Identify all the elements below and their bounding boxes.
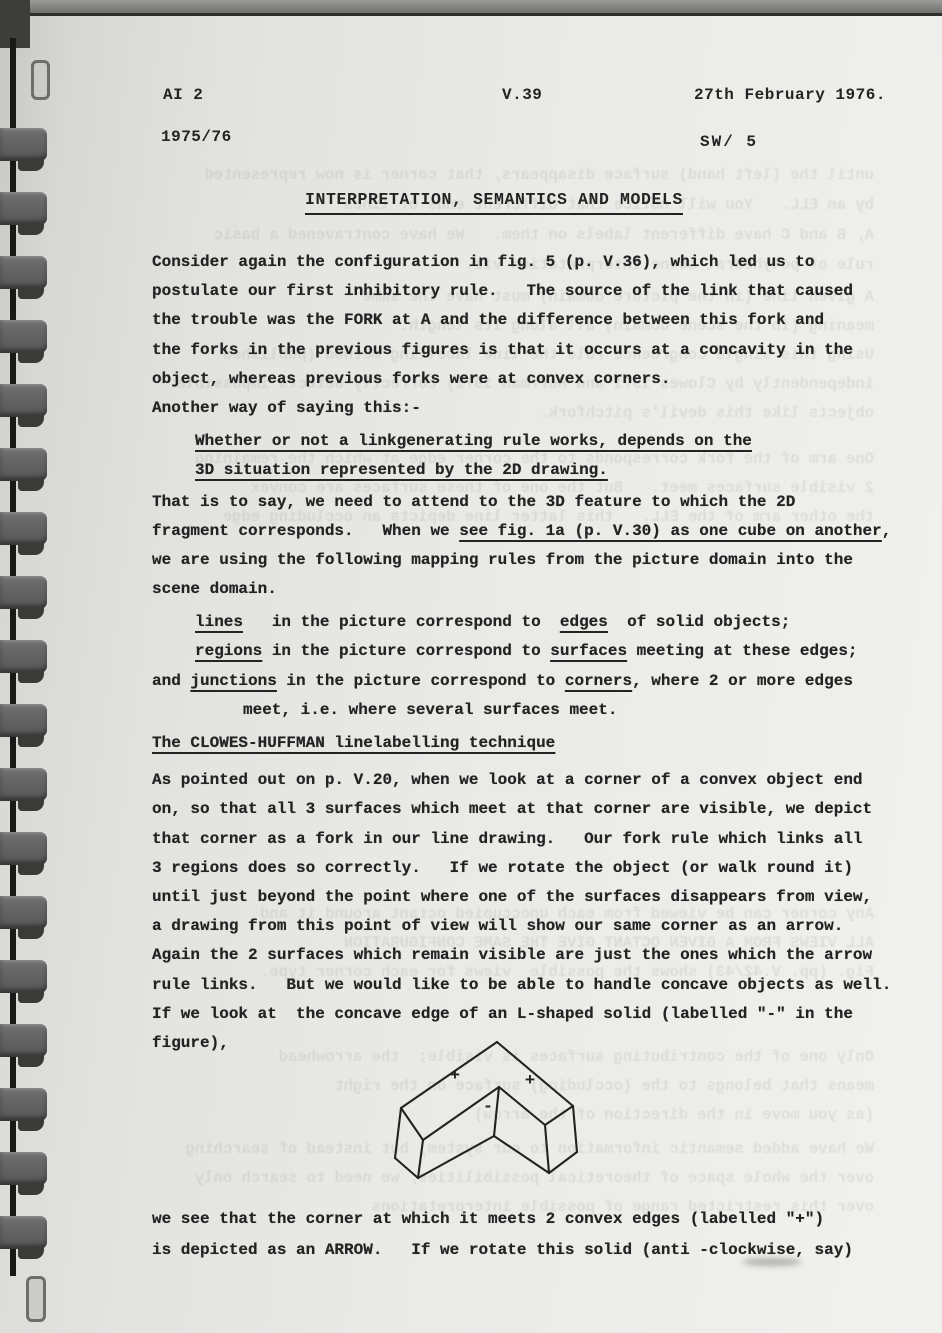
text: in the picture correspond to [277, 672, 565, 690]
binding-hole-top [31, 60, 50, 100]
page-top-edge [0, 0, 942, 16]
footer-text: we see that the corner at which it meets… [152, 1204, 912, 1266]
text: fragment corresponds. When we [152, 522, 459, 540]
figure-edge-label: + [450, 1067, 460, 1086]
binding-tooth [0, 768, 47, 801]
l-shaped-solid-figure: ++- [388, 1033, 594, 1185]
binding-tooth [0, 512, 47, 545]
text-line: the forks in the previous figures is tha… [152, 336, 912, 365]
figure-edge-label: + [525, 1072, 535, 1091]
binding-tooth [0, 896, 47, 929]
text-line: Whether or not a linkgenerating rule wor… [152, 427, 912, 456]
text: in the picture correspond to [243, 613, 560, 631]
text: of solid objects; [608, 613, 790, 631]
binding-tooth [0, 1088, 47, 1121]
underlined-text: Whether or not a linkgenerating rule wor… [195, 432, 752, 450]
binding-tooth [0, 1024, 47, 1057]
binding-tooth [0, 384, 47, 417]
binding-hole-bottom [26, 1276, 46, 1322]
figure-edge [545, 1106, 573, 1125]
text-line: That is to say, we need to attend to the… [152, 488, 912, 517]
text-line: lines in the picture correspond to edges… [152, 608, 912, 637]
text-line: and junctions in the picture correspond … [152, 667, 912, 696]
binding-tooth [0, 128, 47, 161]
text: we are using the following mapping rules… [152, 551, 853, 569]
page-number: V.39 [502, 86, 542, 104]
binding-tooth [0, 832, 47, 865]
figure-edge [418, 1136, 494, 1178]
academic-year: 1975/76 [161, 128, 232, 146]
body-text: Consider again the configuration in fig.… [152, 248, 912, 1058]
text: in the picture correspond to [262, 642, 550, 660]
text: scene domain. [152, 580, 277, 598]
text: If we look at the concave edge of an L-s… [152, 1005, 853, 1023]
bleed-through-text: A, B and C have different labels on them… [150, 226, 874, 244]
figure-edge [395, 1108, 401, 1158]
text-line: the trouble was the FORK at A and the di… [152, 306, 912, 335]
figure-edge [401, 1108, 423, 1140]
text-line: rule links. But we would like to be able… [152, 971, 912, 1000]
scanned-page: until the (left hand) surface disappears… [0, 0, 942, 1333]
text: Consider again the configuration in fig.… [152, 253, 815, 271]
scan-smudge [742, 1258, 802, 1266]
binding-tooth [0, 1216, 47, 1249]
figure-edge [573, 1106, 577, 1152]
text-line: 3 regions does so correctly. If we rotat… [152, 854, 912, 883]
text-line: fragment corresponds. When we see fig. 1… [152, 517, 912, 546]
text: , [882, 522, 892, 540]
author-ref: SW/ 5 [700, 133, 758, 151]
text: , where 2 or more edges [632, 672, 853, 690]
text: That is to say, we need to attend to the… [152, 493, 795, 511]
underlined-text: The CLOWES-HUFFMAN linelabelling techniq… [152, 734, 555, 752]
text: that corner as a fork in our line drawin… [152, 830, 863, 848]
text-line: If we look at the concave edge of an L-s… [152, 1000, 912, 1029]
text: the trouble was the FORK at A and the di… [152, 311, 824, 329]
binding-tooth [0, 704, 47, 737]
binding-tooth [0, 960, 47, 993]
text: meeting at these edges; [627, 642, 857, 660]
figure-edge [494, 1087, 499, 1136]
binding-tooth [0, 448, 47, 481]
binding-tooth [0, 1152, 47, 1185]
page-title: INTERPRETATION, SEMANTICS AND MODELS [305, 190, 683, 215]
figure-edge [418, 1140, 423, 1178]
text: As pointed out on p. V.20, when we look … [152, 771, 863, 789]
underlined-text: 3D situation represented by the 2D drawi… [195, 461, 608, 479]
text: figure), [152, 1034, 229, 1052]
underlined-text: surfaces [550, 642, 627, 660]
text-line: postulate our first inhibitory rule. The… [152, 277, 912, 306]
text: postulate our first inhibitory rule. The… [152, 282, 853, 300]
binding-tooth [0, 576, 47, 609]
text: Another way of saying this:- [152, 399, 421, 417]
underlined-text: junctions [190, 672, 276, 690]
text-line: As pointed out on p. V.20, when we look … [152, 766, 912, 795]
text-line: on, so that all 3 surfaces which meet at… [152, 795, 912, 824]
text-line: object, whereas previous forks were at c… [152, 365, 912, 394]
text-line: scene domain. [152, 575, 912, 604]
text-line: we see that the corner at which it meets… [152, 1204, 912, 1235]
text-line: Another way of saying this:- [152, 394, 912, 423]
text-line: The CLOWES-HUFFMAN linelabelling techniq… [152, 729, 912, 758]
text-line: we are using the following mapping rules… [152, 546, 912, 575]
text: the forks in the previous figures is tha… [152, 341, 853, 359]
text-line: meet, i.e. where several surfaces meet. [152, 696, 912, 725]
underlined-text: corners [565, 672, 632, 690]
text: Again the 2 surfaces which remain visibl… [152, 946, 872, 964]
date: 27th February 1976. [694, 86, 886, 104]
course-code: AI 2 [163, 86, 203, 104]
figure-edge [494, 1136, 549, 1173]
binding-tooth [0, 192, 47, 225]
text: is depicted as an ARROW. If we rotate th… [152, 1241, 853, 1259]
underlined-text: see fig. 1a (p. V.30) as one cube on ano… [459, 522, 881, 540]
text: and [152, 672, 190, 690]
binding-tooth [0, 640, 47, 673]
underlined-text: lines [195, 613, 243, 631]
text: until just beyond the point where one of… [152, 888, 872, 906]
text: 3 regions does so correctly. If we rotat… [152, 859, 853, 877]
text-line: 3D situation represented by the 2D drawi… [152, 456, 912, 485]
bleed-through-text: until the (left hand) surface disappears… [150, 166, 874, 184]
text-line: regions in the picture correspond to sur… [152, 637, 912, 666]
figure-edge [549, 1152, 577, 1173]
text-line: Again the 2 surfaces which remain visibl… [152, 941, 912, 970]
binding-tooth [0, 256, 47, 289]
text: a drawing from this point of view will s… [152, 917, 843, 935]
text-line: until just beyond the point where one of… [152, 883, 912, 912]
binding-tooth [0, 320, 47, 353]
figure-edge [545, 1125, 549, 1173]
underlined-text: edges [560, 613, 608, 631]
text: we see that the corner at which it meets… [152, 1210, 824, 1228]
text: on, so that all 3 surfaces which meet at… [152, 800, 872, 818]
text-line: a drawing from this point of view will s… [152, 912, 912, 941]
underlined-text: regions [195, 642, 262, 660]
figure-edge [499, 1087, 545, 1125]
text: meet, i.e. where several surfaces meet. [243, 701, 617, 719]
text-line: that corner as a fork in our line drawin… [152, 825, 912, 854]
text-line: Consider again the configuration in fig.… [152, 248, 912, 277]
figure-edge [395, 1158, 418, 1178]
text: object, whereas previous forks were at c… [152, 370, 670, 388]
figure-edge-label: - [483, 1098, 493, 1117]
text: rule links. But we would like to be able… [152, 976, 891, 994]
